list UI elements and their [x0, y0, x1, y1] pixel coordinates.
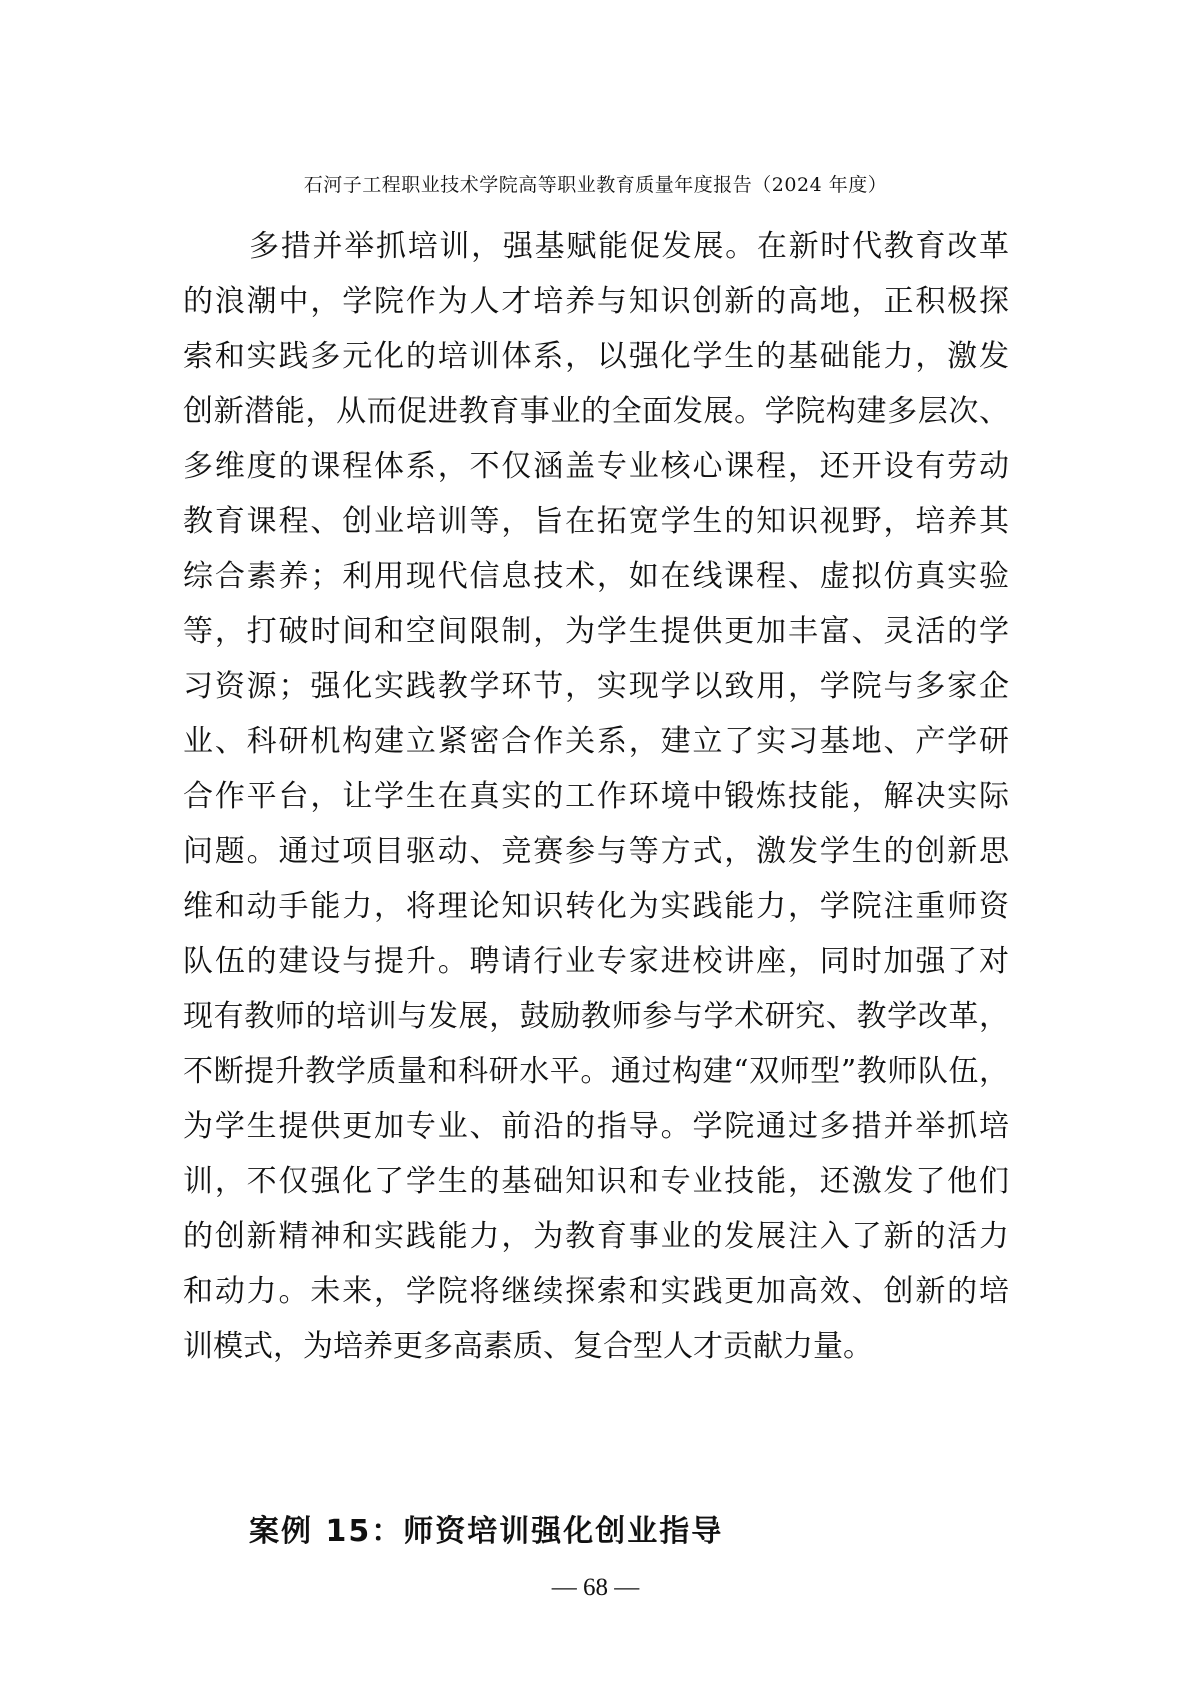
- paragraph-line: 维和动手能力，将理论知识转化为实践能力，学院注重师资: [183, 879, 1009, 934]
- page-number: — 68 —: [0, 1574, 1191, 1602]
- paragraph-line: 和动力。未来，学院将继续探索和实践更加高效、创新的培: [183, 1264, 1009, 1319]
- paragraph-line: 创新潜能，从而促进教育事业的全面发展。学院构建多层次、: [183, 384, 1009, 439]
- paragraph-line: 综合素养；利用现代信息技术，如在线课程、虚拟仿真实验: [183, 549, 1009, 604]
- paragraph-line: 的创新精神和实践能力，为教育事业的发展注入了新的活力: [183, 1209, 1009, 1264]
- paragraph-line: 业、科研机构建立紧密合作关系，建立了实习基地、产学研: [183, 714, 1009, 769]
- document-page: 石河子工程职业技术学院高等职业教育质量年度报告（2024 年度） 多措并举抓培训…: [0, 0, 1191, 1684]
- paragraph-line: 为学生提供更加专业、前沿的指导。学院通过多措并举抓培: [183, 1099, 1009, 1154]
- paragraph-line: 不断提升教学质量和科研水平。通过构建“双师型”教师队伍，: [183, 1044, 1009, 1099]
- running-header: 石河子工程职业技术学院高等职业教育质量年度报告（2024 年度）: [0, 170, 1191, 197]
- body-paragraph: 多措并举抓培训，强基赋能促发展。在新时代教育改革 的浪潮中，学院作为人才培养与知…: [183, 219, 1009, 1374]
- paragraph-line: 习资源；强化实践教学环节，实现学以致用，学院与多家企: [183, 659, 1009, 714]
- paragraph-line: 多措并举抓培训，强基赋能促发展。在新时代教育改革: [183, 219, 1009, 274]
- paragraph-line: 问题。通过项目驱动、竞赛参与等方式，激发学生的创新思: [183, 824, 1009, 879]
- paragraph-line: 现有教师的培训与发展，鼓励教师参与学术研究、教学改革，: [183, 989, 1009, 1044]
- paragraph-line: 多维度的课程体系，不仅涵盖专业核心课程，还开设有劳动: [183, 439, 1009, 494]
- paragraph-line: 合作平台，让学生在真实的工作环境中锻炼技能，解决实际: [183, 769, 1009, 824]
- paragraph-line: 训模式，为培养更多高素质、复合型人才贡献力量。: [183, 1319, 1009, 1374]
- case-heading: 案例 15：师资培训强化创业指导: [249, 1504, 723, 1559]
- paragraph-line: 索和实践多元化的培训体系，以强化学生的基础能力，激发: [183, 329, 1009, 384]
- paragraph-line: 训，不仅强化了学生的基础知识和专业技能，还激发了他们: [183, 1154, 1009, 1209]
- paragraph-line: 队伍的建设与提升。聘请行业专家进校讲座，同时加强了对: [183, 934, 1009, 989]
- paragraph-line: 的浪潮中，学院作为人才培养与知识创新的高地，正积极探: [183, 274, 1009, 329]
- paragraph-line: 等，打破时间和空间限制，为学生提供更加丰富、灵活的学: [183, 604, 1009, 659]
- paragraph-line: 教育课程、创业培训等，旨在拓宽学生的知识视野，培养其: [183, 494, 1009, 549]
